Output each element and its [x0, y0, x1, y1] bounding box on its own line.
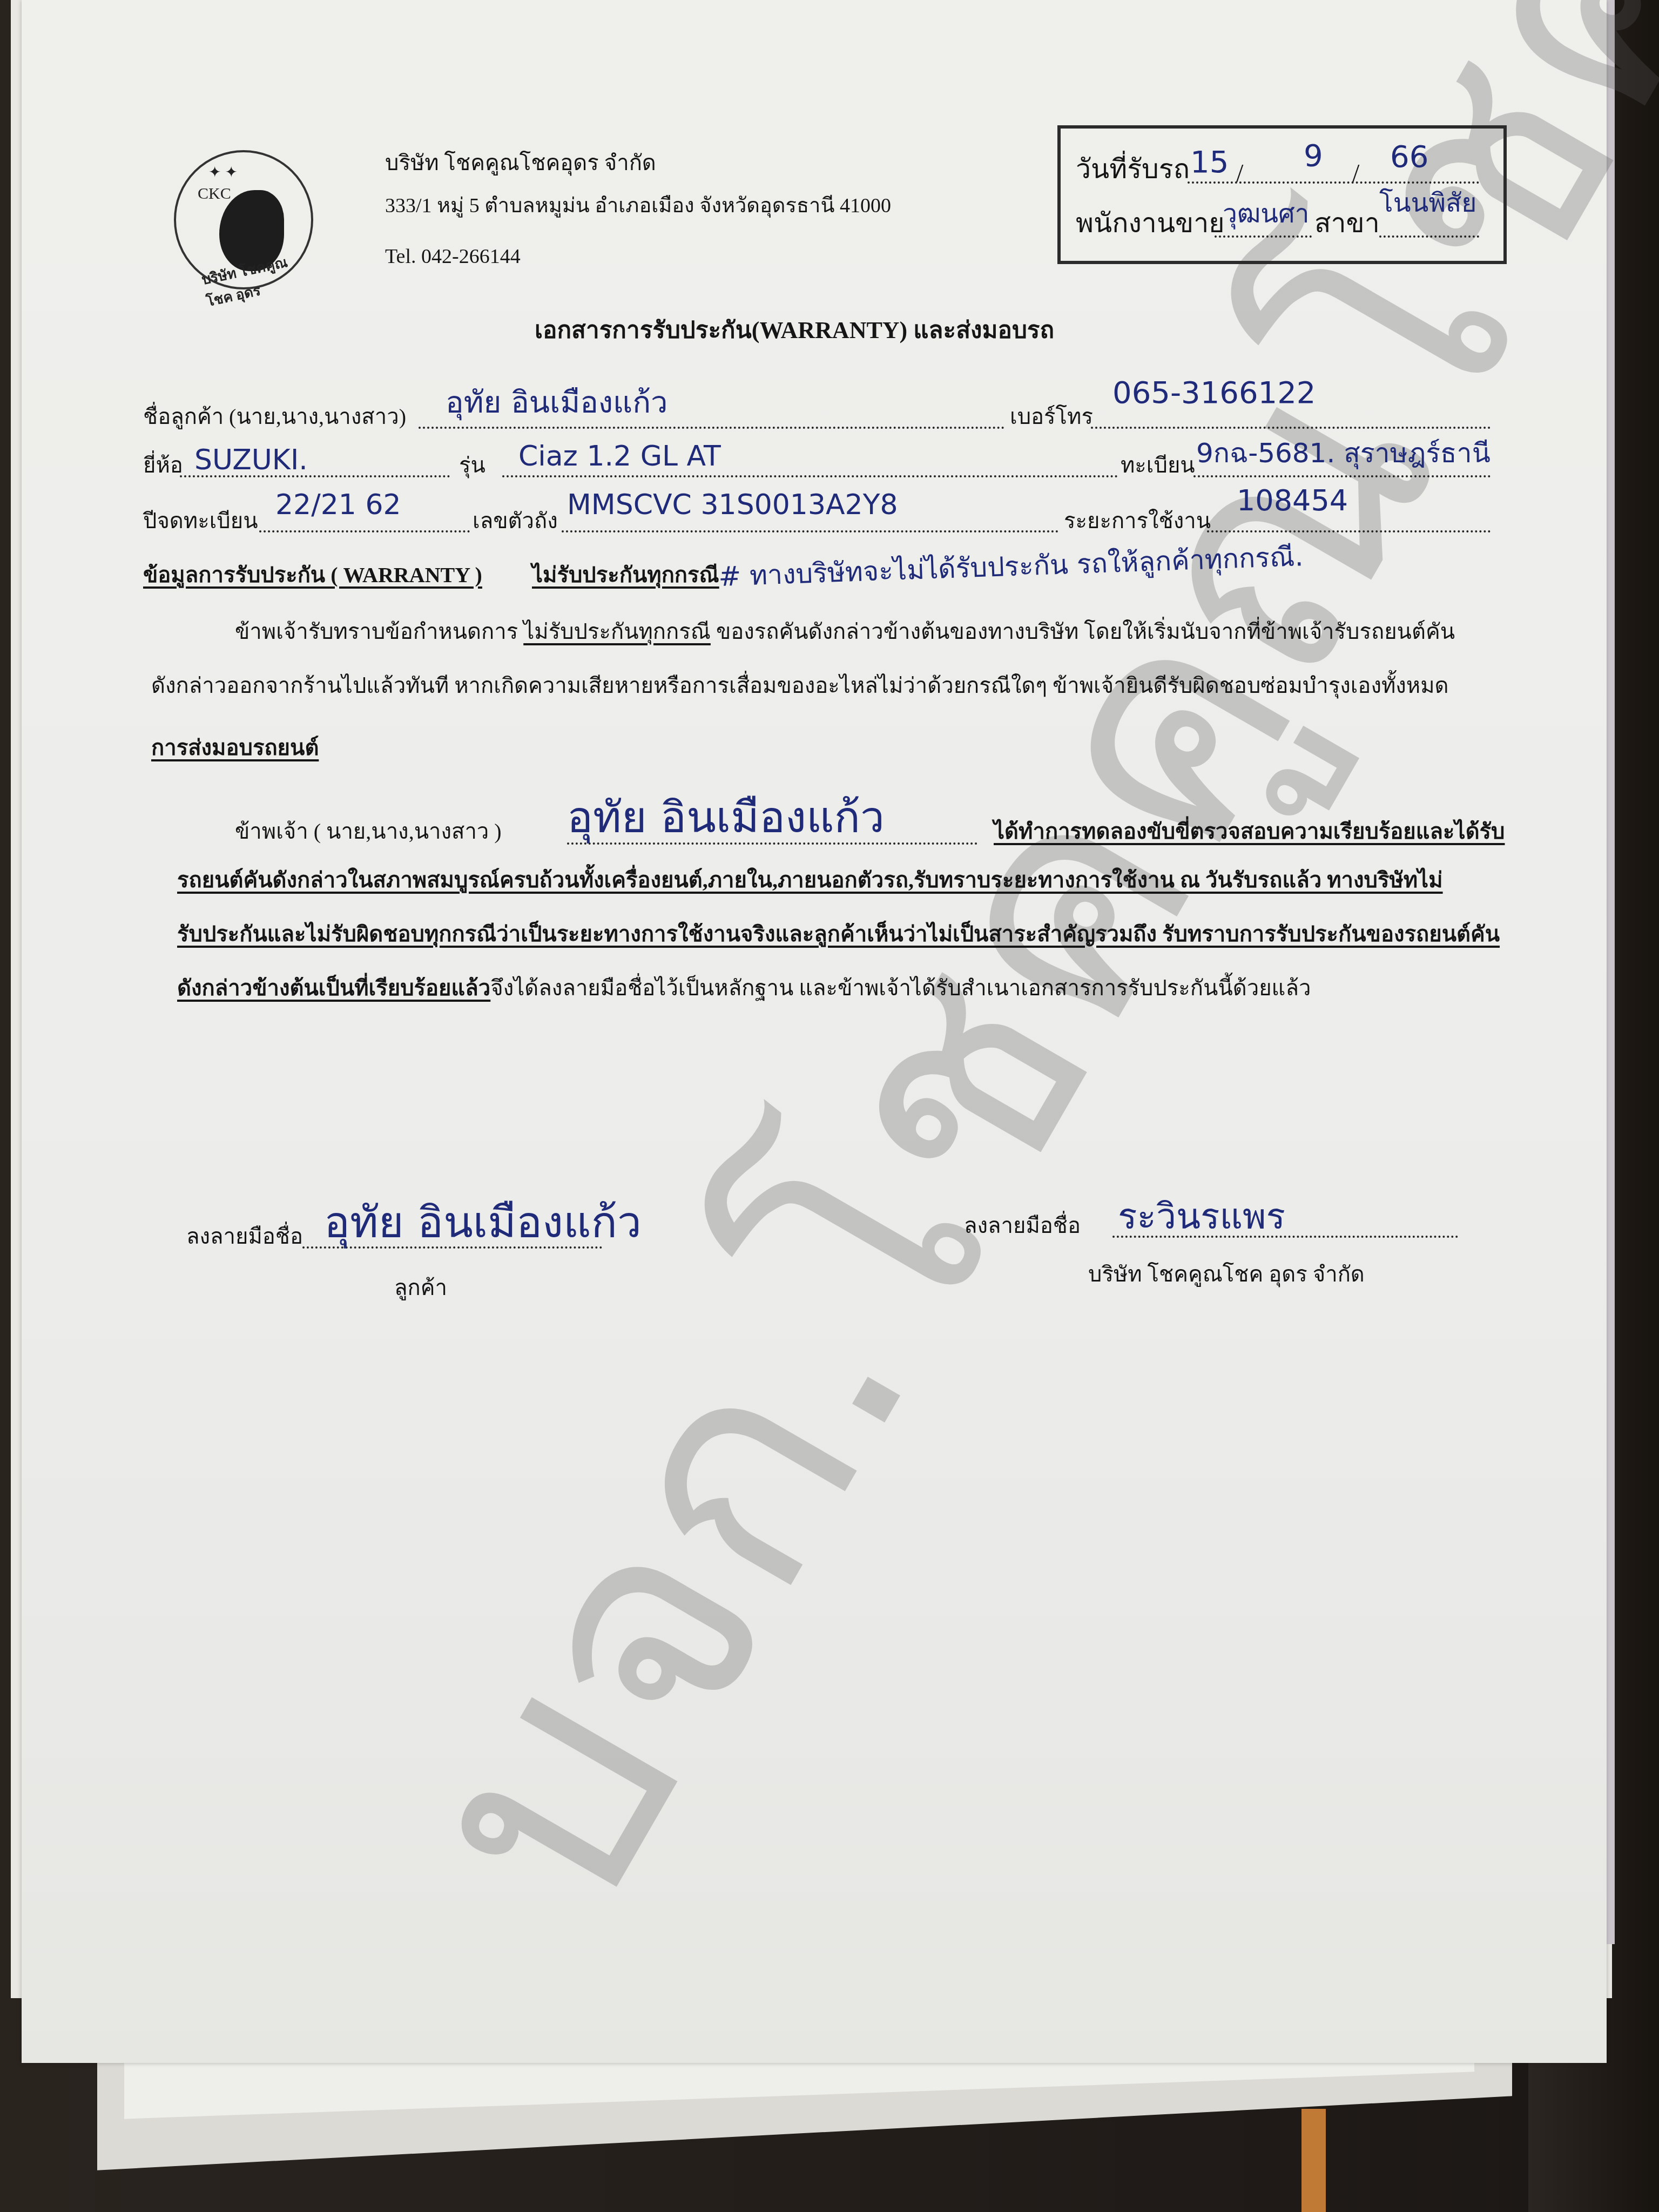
reg-year-value: 22/21 62	[275, 489, 401, 521]
date-separator: /	[1352, 161, 1359, 187]
paragraph-2-line-4: ดังกล่าวข้างต้นเป็นที่เรียบร้อยแล้วจึงได…	[177, 977, 1311, 999]
company-logo: ✦ ✦ CKC บริษัท โชคคูณโชค อุดร	[174, 150, 313, 289]
salesperson-line	[1215, 235, 1312, 238]
branch-label: สาขา	[1314, 210, 1380, 237]
paragraph-2-prefix: ข้าพเจ้า ( นาย,นาง,นางสาว )	[235, 821, 502, 842]
company-signature-role: บริษัท โชคคูณโชค อุดร จำกัด	[1088, 1264, 1365, 1285]
customer-line	[419, 427, 1004, 429]
paragraph-1-underlined: ไม่รับประกันทุกกรณี	[523, 619, 711, 644]
receive-date-box: วันที่รับรถ 15 / 9 / 66 พนักงานขาย วุฒนศ…	[1057, 125, 1507, 264]
paragraph-2-line-4-rest: จึงได้ลงลายมือชื่อไว้เป็นหลักฐาน และข้าพ…	[490, 976, 1311, 1000]
logo-ring-text: บริษัท โชคคูณโชค อุดร	[200, 247, 315, 313]
paragraph-2-line-2: รถยนต์คันดังกล่าวในสภาพสมบูรณ์ครบถ้วนทั้…	[177, 869, 1443, 891]
model-label: รุ่น	[459, 455, 485, 476]
model-line	[502, 475, 1118, 477]
branch-value: โนนพิสัย	[1379, 183, 1476, 224]
warranty-document-page: บจก.โชคคูณโชค ✦ ✦ CKC บริษัท โชคคูณโชค อ…	[22, 0, 1607, 2063]
customer-signature-label: ลงลายมือชื่อ	[186, 1226, 303, 1247]
document-title: เอกสารการรับประกัน(WARRANTY) และส่งมอบรถ	[535, 319, 1054, 342]
receive-year: 66	[1390, 139, 1428, 174]
company-signature-label: ลงลายมือชื่อ	[964, 1215, 1081, 1237]
paragraph-1-text: ข้าพเจ้ารับทราบข้อกำหนดการ	[235, 619, 523, 644]
receive-month: 9	[1304, 138, 1323, 173]
customer-value: อุทัย อินเมืองแก้ว	[446, 378, 668, 426]
phone-value: 065-3166122	[1112, 375, 1316, 410]
paragraph-1-line-2: ดังกล่าวออกจากร้านไปแล้วทันที หากเกิดควา…	[151, 675, 1449, 697]
warranty-info-label: ข้อมูลการรับประกัน ( WARRANTY )	[143, 564, 482, 586]
plate-line	[1193, 475, 1491, 477]
reg-year-label: ปีจดทะเบียน	[143, 510, 258, 532]
customer-signature: อุทัย อินเมืองแก้ว	[324, 1188, 642, 1257]
paragraph-2-line-4-underlined: ดังกล่าวข้างต้นเป็นที่เรียบร้อยแล้ว	[177, 976, 490, 1000]
salesperson-value: วุฒนศา	[1223, 193, 1310, 234]
logo-text: CKC	[198, 185, 231, 203]
brand-label: ยี่ห้อ	[143, 455, 183, 476]
plate-label: ทะเบียน	[1121, 455, 1195, 476]
paragraph-1-text-rest: ของรถคันดังกล่าวข้างต้นของทางบริษัท โดยใ…	[711, 619, 1455, 644]
paragraph-1-line-1: ข้าพเจ้ารับทราบข้อกำหนดการ ไม่รับประกันท…	[235, 621, 1455, 643]
warranty-status: ไม่รับประกันทุกกรณี	[532, 564, 719, 586]
delivery-heading: การส่งมอบรถยนต์	[151, 737, 319, 759]
wooden-object	[1301, 2109, 1326, 2212]
star-icon: ✦ ✦	[208, 163, 238, 181]
mileage-value: 108454	[1237, 483, 1348, 517]
paragraph-2-customer-name: อุทัย อินเมืองแก้ว	[567, 783, 885, 852]
model-value: Ciaz 1.2 GL AT	[518, 440, 721, 473]
mileage-label: ระยะการใช้งาน	[1064, 510, 1211, 532]
chassis-line	[562, 530, 1058, 532]
phone-label: เบอร์โทร	[1010, 406, 1093, 428]
company-signature: ระวินรแพร	[1118, 1188, 1285, 1245]
customer-signature-role: ลูกค้า	[394, 1277, 447, 1299]
customer-label: ชื่อลูกค้า (นาย,นาง,นางสาว)	[143, 406, 406, 428]
receive-date-label: วันที่รับรถ	[1076, 156, 1190, 183]
plate-value: 9กฉ-5681. สุราษฎร์ธานี	[1196, 432, 1491, 475]
mileage-line	[1207, 530, 1491, 532]
paragraph-2-line-1: ได้ทำการทดลองขับขี่ตรวจสอบความเรียบร้อยแ…	[994, 821, 1505, 842]
chassis-value: MMSCVC 31S0013A2Y8	[567, 489, 898, 521]
phone-line	[1091, 427, 1491, 429]
brand-value: SUZUKI.	[194, 444, 308, 476]
salesperson-label: พนักงานขาย	[1076, 210, 1225, 237]
branch-line	[1379, 235, 1479, 238]
reg-year-line	[259, 530, 470, 532]
company-phone: Tel. 042-266144	[385, 246, 521, 267]
receive-day: 15	[1190, 145, 1229, 180]
chassis-label: เลขตัวถัง	[473, 510, 558, 532]
company-address: 333/1 หมู่ 5 ตำบลหมูม่น อำเภอเมือง จังหว…	[385, 195, 891, 216]
date-separator: /	[1236, 161, 1243, 187]
company-name: บริษัท โชคคูณโชคอุดร จำกัด	[385, 152, 656, 174]
paragraph-2-line-3: รับประกันและไม่รับผิดชอบทุกกรณีว่าเป็นระ…	[177, 923, 1500, 945]
